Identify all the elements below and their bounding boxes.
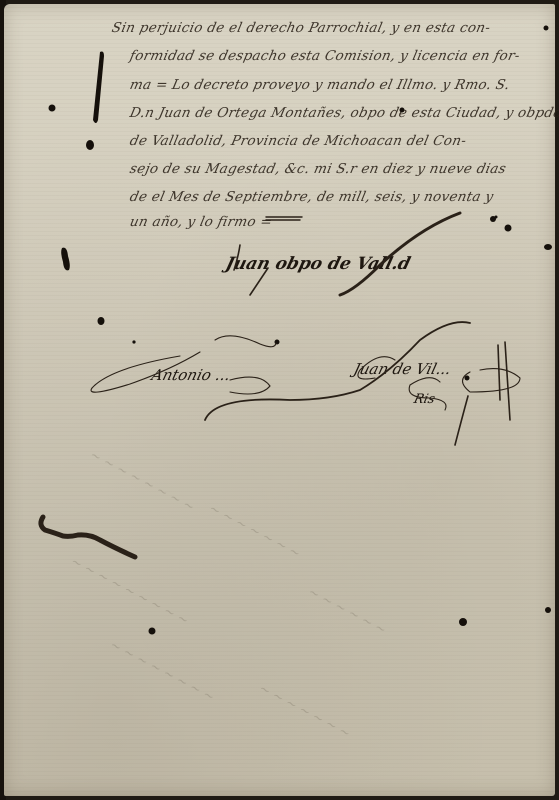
bleed-through-text: ~ ~ ~ ~ ~ ~ ~ ~: [107, 638, 217, 706]
left-signature: Antonio ...: [150, 366, 233, 384]
bleed-through-text: ~ ~ ~ ~ ~ ~ ~ ~ ~: [68, 554, 191, 629]
bleed-through-text: ~ ~ ~ ~ ~ ~ ~ ~: [87, 448, 197, 516]
bleed-through-text: ~ ~ ~ ~ ~ ~: [306, 585, 389, 639]
bleed-through-text: ~ ~ ~ ~ ~ ~ ~: [206, 501, 302, 562]
manuscript-page: ~ ~ ~ ~ ~ ~ ~ ~ ~ ~ ~ ~ ~ ~ ~ ~ ~ ~ ~ ~ …: [4, 4, 555, 796]
body-line-6: sejo de su Magestad, &c. mi S.r en diez …: [128, 161, 507, 177]
right-signature: Juan de Vil...: [352, 360, 453, 378]
body-line-3: ma = Lo decreto proveyo y mando el Illmo…: [128, 77, 511, 93]
body-line-2: formidad se despacho esta Comision, y li…: [128, 48, 521, 64]
bleed-through-text: ~ ~ ~ ~ ~ ~ ~: [256, 681, 352, 742]
body-line-5: de Valladolid, Provincia de Michoacan de…: [128, 133, 468, 149]
body-line-4: D.n Juan de Ortega Montañes, obpo de est…: [128, 105, 559, 121]
right-signature-sub: Ris: [412, 392, 436, 407]
body-line-7: de el Mes de Septiembre, de mill, seis, …: [128, 189, 495, 205]
body-line-8: un año, y lo firmo =: [128, 214, 273, 230]
bishop-signature: Juan obpo de Vall.d: [224, 254, 413, 274]
body-line-1: Sin perjuicio de el derecho Parrochial, …: [110, 20, 492, 36]
